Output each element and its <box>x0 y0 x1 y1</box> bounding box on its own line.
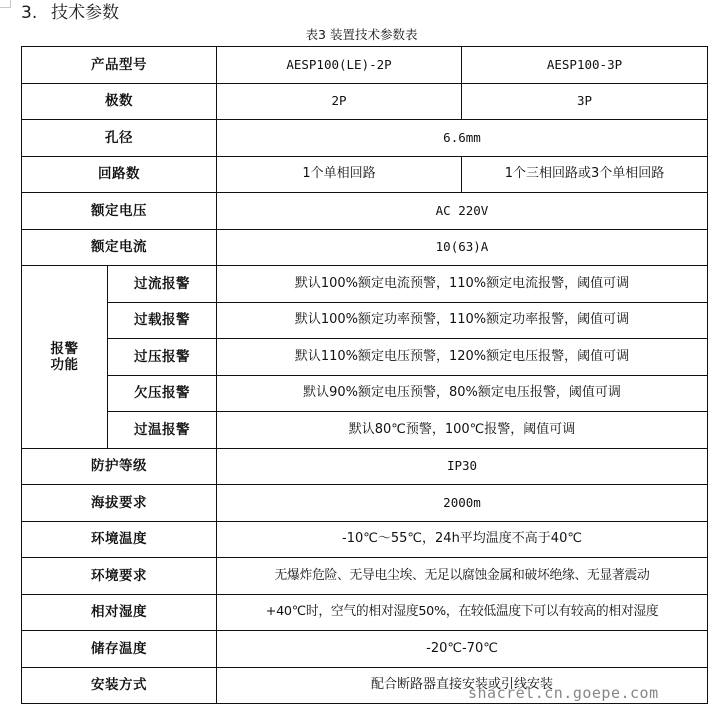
alarm-item-value: 默认110%额定电压预警，120%额定电压报警，阈值可调 <box>217 339 708 376</box>
table-row-alarm-overvoltage: 过压报警 默认110%额定电压预警，120%额定电压报警，阈值可调 <box>22 339 708 376</box>
row-label: 相对湿度 <box>22 594 217 631</box>
alarm-item-value: 默认100%额定功率预警，110%额定功率报警，阈值可调 <box>217 302 708 339</box>
row-label: 安装方式 <box>22 667 217 704</box>
table-row-alarm-undervoltage: 欠压报警 默认90%额定电压预警，80%额定电压报警，阈值可调 <box>22 375 708 412</box>
page-corner-mark <box>0 0 11 8</box>
cell-value: IP30 <box>217 448 708 485</box>
table-row-alarm-overcurrent: 报警 功能 过流报警 默认100%额定电流预警，110%额定电流报警，阈值可调 <box>22 266 708 303</box>
alarm-item-label: 过载报警 <box>108 302 217 339</box>
section-title: 技术参数 <box>51 3 119 23</box>
cell-value: AC 220V <box>217 193 708 230</box>
table-row-environment: 环境要求 无爆炸危险、无导电尘埃、无足以腐蚀金属和破坏绝缘、无显著震动 <box>22 558 708 595</box>
alarm-item-label: 过压报警 <box>108 339 217 376</box>
row-label: 产品型号 <box>22 47 217 84</box>
alarm-item-label: 欠压报警 <box>108 375 217 412</box>
row-label: 环境要求 <box>22 558 217 595</box>
section-heading: 3.技术参数 <box>21 1 119 25</box>
cell-value: +40℃时，空气的相对湿度50%，在较低温度下可以有较高的相对湿度 <box>217 594 708 631</box>
row-label: 回路数 <box>22 156 217 193</box>
table-row-storage-temp: 储存温度 -20℃-70℃ <box>22 631 708 668</box>
row-label: 防护等级 <box>22 448 217 485</box>
table-row-alarm-overload: 过载报警 默认100%额定功率预警，110%额定功率报警，阈值可调 <box>22 302 708 339</box>
row-label: 额定电压 <box>22 193 217 230</box>
row-label: 储存温度 <box>22 631 217 668</box>
cell-value: 无爆炸危险、无导电尘埃、无足以腐蚀金属和破坏绝缘、无显著震动 <box>217 558 708 595</box>
alarm-item-label: 过温报警 <box>108 412 217 449</box>
table-row-circuits: 回路数 1个单相回路 1个三相回路或3个单相回路 <box>22 156 708 193</box>
cell-value: 6.6mm <box>217 120 708 157</box>
table-caption: 表3 装置技术参数表 <box>0 26 723 44</box>
row-label: 极数 <box>22 83 217 120</box>
cell-value-2p: AESP100(LE)-2P <box>217 47 462 84</box>
cell-value-3p: AESP100-3P <box>462 47 708 84</box>
row-label: 环境温度 <box>22 521 217 558</box>
alarm-group-label-line2: 功能 <box>22 357 107 373</box>
alarm-group-label-line1: 报警 <box>22 341 107 357</box>
table-row-protection: 防护等级 IP30 <box>22 448 708 485</box>
alarm-item-value: 默认80℃预警，100℃报警，阈值可调 <box>217 412 708 449</box>
alarm-item-value: 默认100%额定电流预警，110%额定电流报警，阈值可调 <box>217 266 708 303</box>
cell-value-2p: 2P <box>217 83 462 120</box>
table-row-ambient-temp: 环境温度 -10℃～55℃，24h平均温度不高于40℃ <box>22 521 708 558</box>
table-row-alarm-overtemp: 过温报警 默认80℃预警，100℃报警，阈值可调 <box>22 412 708 449</box>
table-row-model: 产品型号 AESP100(LE)-2P AESP100-3P <box>22 47 708 84</box>
cell-value-3p: 1个三相回路或3个单相回路 <box>462 156 708 193</box>
cell-value: 2000m <box>217 485 708 522</box>
cell-value-3p: 3P <box>462 83 708 120</box>
row-label: 额定电流 <box>22 229 217 266</box>
row-label: 海拔要求 <box>22 485 217 522</box>
section-number: 3. <box>21 1 51 25</box>
alarm-group-label: 报警 功能 <box>22 266 108 449</box>
table-row-humidity: 相对湿度 +40℃时，空气的相对湿度50%，在较低温度下可以有较高的相对湿度 <box>22 594 708 631</box>
cell-value-2p: 1个单相回路 <box>217 156 462 193</box>
cell-value: -10℃～55℃，24h平均温度不高于40℃ <box>217 521 708 558</box>
table-row-altitude: 海拔要求 2000m <box>22 485 708 522</box>
table-row-rated-voltage: 额定电压 AC 220V <box>22 193 708 230</box>
table-row-poles: 极数 2P 3P <box>22 83 708 120</box>
spec-table: 产品型号 AESP100(LE)-2P AESP100-3P 极数 2P 3P … <box>21 46 708 704</box>
table-row-rated-current: 额定电流 10(63)A <box>22 229 708 266</box>
alarm-item-label: 过流报警 <box>108 266 217 303</box>
table-row-aperture: 孔径 6.6mm <box>22 120 708 157</box>
watermark-text: shacrel.cn.goepe.com <box>468 684 659 702</box>
cell-value: -20℃-70℃ <box>217 631 708 668</box>
row-label: 孔径 <box>22 120 217 157</box>
cell-value: 10(63)A <box>217 229 708 266</box>
alarm-item-value: 默认90%额定电压预警，80%额定电压报警，阈值可调 <box>217 375 708 412</box>
